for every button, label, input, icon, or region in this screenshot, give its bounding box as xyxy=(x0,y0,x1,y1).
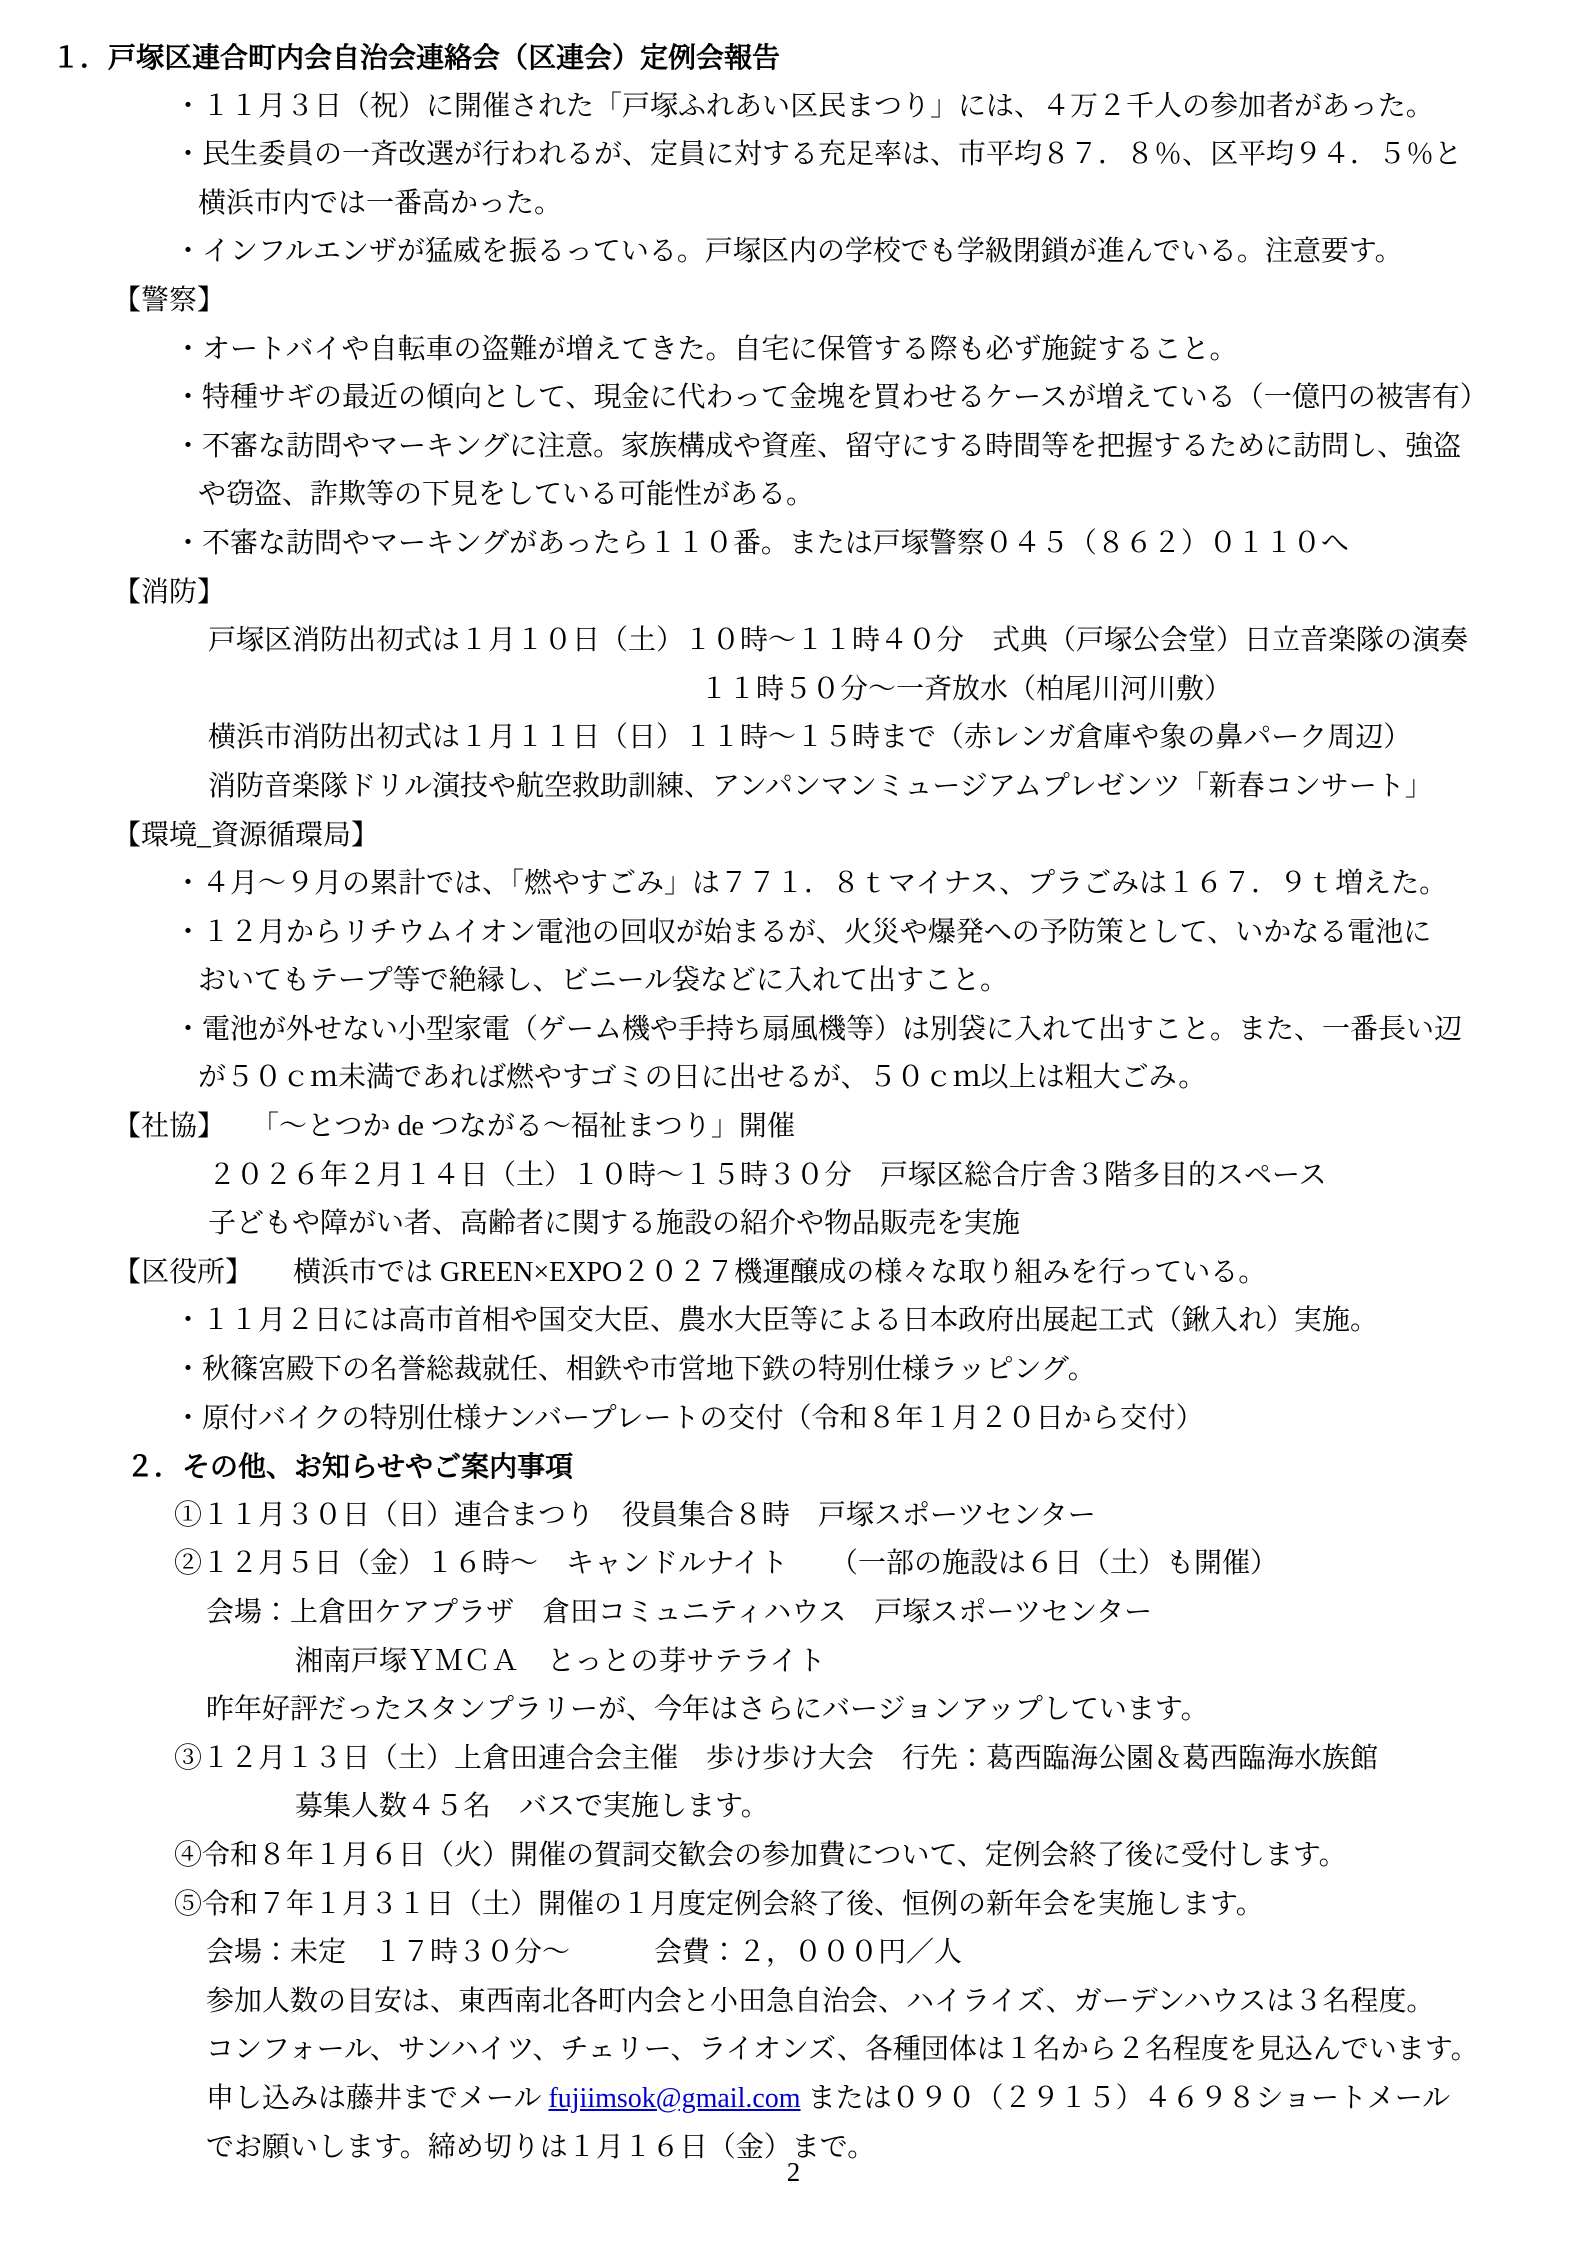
page-number: 2 xyxy=(0,2148,1587,2196)
content-line: 子どもや障がい者、高齢者に関する施設の紹介や物品販売を実施 xyxy=(208,1200,1587,1249)
bullet-item: ・４月～９月の累計では、「燃やすごみ」は７７１．８ｔマイナス、プラごみは１６７．… xyxy=(174,860,1587,909)
bullet-item: ・インフルエンザが猛威を振るっている。戸塚区内の学校でも学級閉鎖が進んでいる。注… xyxy=(174,228,1587,277)
section-title: 「～とつか de つながる～福祉まつり」開催 xyxy=(265,1111,795,1142)
section-title: 横浜市では GREEN×EXPO２０２７機運醸成の様々な取り組みを行っている。 xyxy=(293,1257,1266,1288)
bullet-continuation: や窃盗、詐欺等の下見をしている可能性がある。 xyxy=(198,471,1587,520)
sub-line-with-email: 申し込みは藤井までメール fujiimsok@gmail.com または０９０（… xyxy=(206,2075,1587,2124)
sub-line: 募集人数４５名 バスで実施します。 xyxy=(295,1783,1587,1832)
email-line-prefix: 申し込みは藤井までメール xyxy=(206,2083,548,2114)
content-line: 消防音楽隊ドリル演技や航空救助訓練、アンパンマンミュージアムプレゼンツ「新春コン… xyxy=(208,763,1587,812)
bullet-item: ・民生委員の一斉改選が行われるが、定員に対する充足率は、市平均８７．８％、区平均… xyxy=(174,131,1587,180)
content-line: 横浜市消防出初式は１月１１日（日）１１時～１５時まで（赤レンガ倉庫や象の鼻パーク… xyxy=(208,714,1587,763)
section-label: 【社協】 xyxy=(113,1111,225,1142)
bullet-continuation: が５０ｃｍ未満であれば燃やすゴミの日に出せるが、５０ｃｍ以上は粗大ごみ。 xyxy=(198,1054,1587,1103)
section-label-kuyakusho: 【区役所】横浜市では GREEN×EXPO２０２７機運醸成の様々な取り組みを行っ… xyxy=(113,1249,1587,1298)
bullet-item: ・原付バイクの特別仕様ナンバープレートの交付（令和８年１月２０日から交付） xyxy=(174,1395,1587,1444)
numbered-item-4: ④令和８年１月６日（火）開催の賀詞交歓会の参加費について、定例会終了後に受付しま… xyxy=(174,1832,1587,1881)
section1-heading: １．戸塚区連合町内会自治会連絡会（区連会）定例会報告 xyxy=(52,34,1587,83)
content-line: ２０２６年２月１４日（土）１０時～１５時３０分 戸塚区総合庁舎３階多目的スペース xyxy=(208,1152,1587,1201)
bullet-item: ・秋篠宮殿下の名誉総裁就任、相鉄や市営地下鉄の特別仕様ラッピング。 xyxy=(174,1346,1587,1395)
bullet-item: ・不審な訪問やマーキングがあったら１１０番。または戸塚警察０４５（８６２）０１１… xyxy=(174,520,1587,569)
sub-line: 参加人数の目安は、東西南北各町内会と小田急自治会、ハイライズ、ガーデンハウスは３… xyxy=(206,1978,1587,2027)
bullet-item: ・電池が外せない小型家電（ゲーム機や手持ち扇風機等）は別袋に入れて出すこと。また… xyxy=(174,1006,1587,1055)
section2-heading: ２．その他、お知らせやご案内事項 xyxy=(126,1443,1587,1492)
sub-line: コンフォール、サンハイツ、チェリー、ライオンズ、各種団体は１名から２名程度を見込… xyxy=(206,2026,1587,2075)
sub-line: 湘南戸塚ＹＭＣＡ とっとの芽サテライト xyxy=(295,1638,1587,1687)
numbered-item-5: ⑤令和７年１月３１日（土）開催の１月度定例会終了後、恒例の新年会を実施します。 xyxy=(174,1881,1587,1930)
email-link[interactable]: fujiimsok@gmail.com xyxy=(548,2083,800,2114)
document-page: １．戸塚区連合町内会自治会連絡会（区連会）定例会報告 ・１１月３日（祝）に開催さ… xyxy=(0,0,1587,2245)
numbered-item-2: ②１２月５日（金）１６時～ キャンドルナイト （一部の施設は６日（土）も開催） xyxy=(174,1540,1587,1589)
bullet-continuation: おいてもテープ等で絶縁し、ビニール袋などに入れて出すこと。 xyxy=(198,957,1587,1006)
sub-line: 会場：上倉田ケアプラザ 倉田コミュニティハウス 戸塚スポーツセンター xyxy=(206,1589,1587,1638)
bullet-item: ・特種サギの最近の傾向として、現金に代わって金塊を買わせるケースが増えている（一… xyxy=(174,374,1587,423)
numbered-item-3: ③１２月１３日（土）上倉田連合会主催 歩け歩け大会 行先：葛西臨海公園＆葛西臨海… xyxy=(174,1735,1587,1784)
bullet-item: ・１１月２日には高市首相や国交大臣、農水大臣等による日本政府出展起工式（鍬入れ）… xyxy=(174,1297,1587,1346)
content-line-indented: １１時５０分～一斉放水（柏尾川河川敷） xyxy=(700,666,1587,715)
email-line-suffix: または０９０（２９１５）４６９８ショートメール xyxy=(801,2083,1451,2114)
bullet-item: ・オートバイや自転車の盗難が増えてきた。自宅に保管する際も必ず施錠すること。 xyxy=(174,326,1587,375)
section-label-shakyo: 【社協】「～とつか de つながる～福祉まつり」開催 xyxy=(113,1103,1587,1152)
bullet-item: ・１１月３日（祝）に開催された「戸塚ふれあい区民まつり」には、４万２千人の参加者… xyxy=(174,83,1587,132)
bullet-continuation: 横浜市内では一番高かった。 xyxy=(198,180,1587,229)
bullet-item: ・不審な訪問やマーキングに注意。家族構成や資産、留守にする時間等を把握するために… xyxy=(174,423,1587,472)
content-line: 戸塚区消防出初式は１月１０日（土）１０時～１１時４０分 式典（戸塚公会堂）日立音… xyxy=(208,617,1587,666)
section-label-fire: 【消防】 xyxy=(113,569,1587,618)
section-label-environment: 【環境_資源循環局】 xyxy=(113,812,1587,861)
section-label-police: 【警察】 xyxy=(113,277,1587,326)
bullet-item: ・１２月からリチウムイオン電池の回収が始まるが、火災や爆発への予防策として、いか… xyxy=(174,909,1587,958)
sub-line: 昨年好評だったスタンプラリーが、今年はさらにバージョンアップしています。 xyxy=(206,1686,1587,1735)
numbered-item-1: ①１１月３０日（日）連合まつり 役員集合８時 戸塚スポーツセンター xyxy=(174,1492,1587,1541)
section-label: 【区役所】 xyxy=(113,1257,253,1288)
sub-line: 会場：未定 １７時３０分～ 会費：２，０００円／人 xyxy=(206,1929,1587,1978)
